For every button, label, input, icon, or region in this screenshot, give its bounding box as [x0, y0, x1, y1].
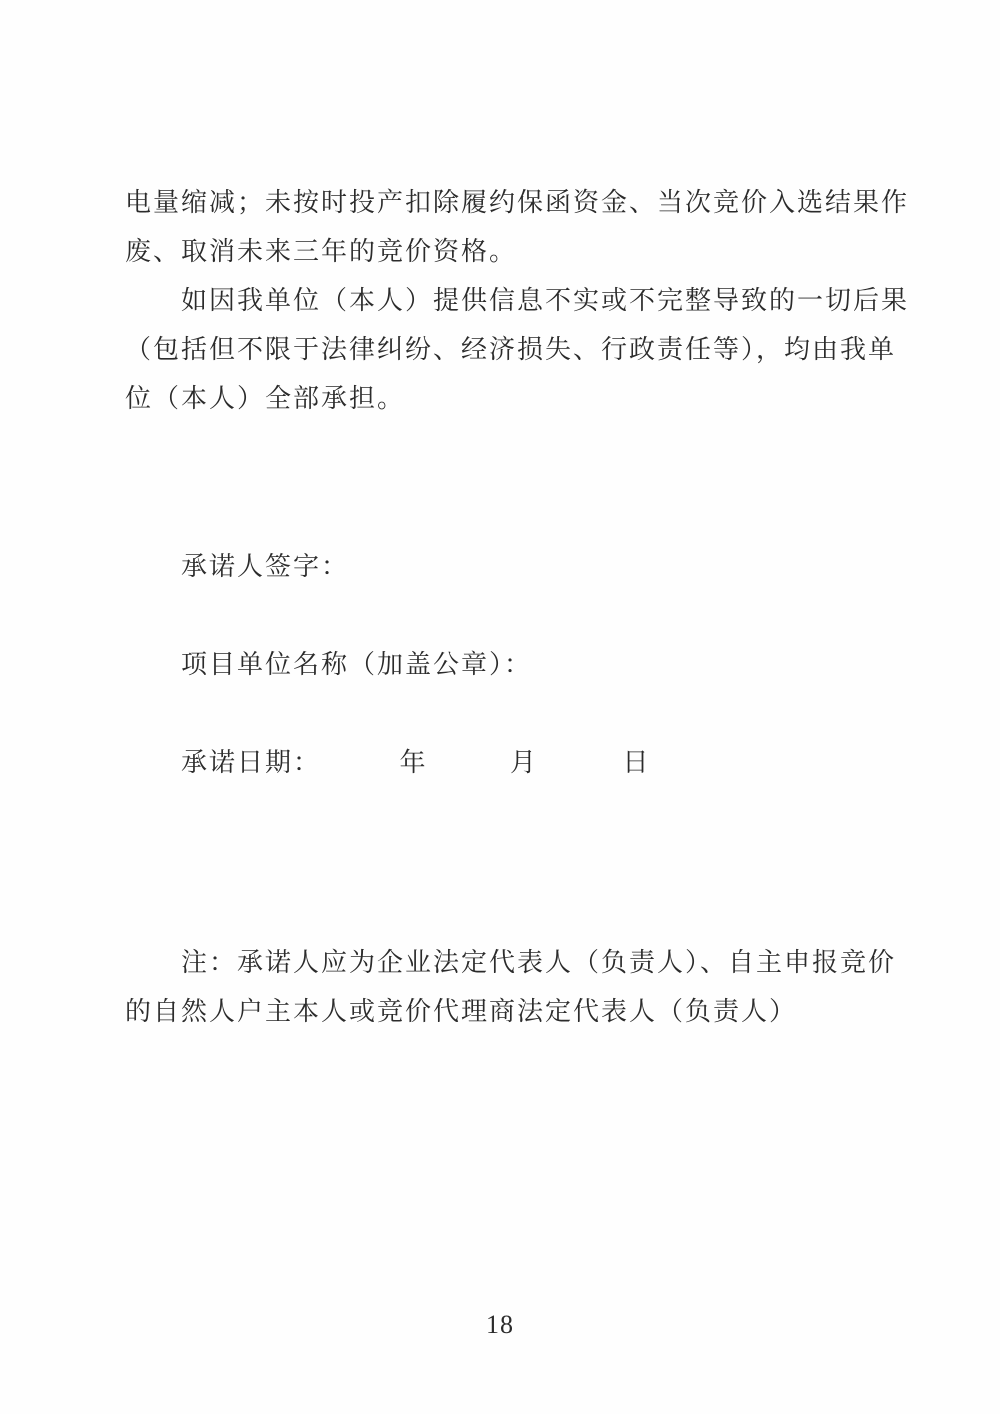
body-line: （包括但不限于法律纠纷、经济损失、行政责任等），均由我单	[125, 325, 895, 374]
body-line: 废、取消未来三年的竞价资格。	[125, 227, 895, 276]
body-paragraphs: 电量缩减；未按时投产扣除履约保函资金、当次竞价入选结果作 废、取消未来三年的竞价…	[125, 178, 895, 423]
page-number: 18	[0, 1303, 1000, 1347]
note-line: 注：承诺人应为企业法定代表人（负责人）、自主申报竞价	[125, 938, 915, 987]
body-line: 电量缩减；未按时投产扣除履约保函资金、当次竞价入选结果作	[125, 178, 895, 227]
commitment-date-line: 承诺日期： 年 月 日	[181, 738, 651, 787]
date-year-label: 年	[400, 738, 428, 787]
document-page: 电量缩减；未按时投产扣除履约保函资金、当次竞价入选结果作 废、取消未来三年的竞价…	[0, 0, 1000, 1414]
commitment-date-label: 承诺日期：	[181, 748, 321, 777]
project-unit-name-label: 项目单位名称（加盖公章）：	[181, 640, 532, 689]
note-block: 注：承诺人应为企业法定代表人（负责人）、自主申报竞价 的自然人户主本人或竞价代理…	[125, 938, 915, 1036]
body-line: 如因我单位（本人）提供信息不实或不完整导致的一切后果	[125, 276, 895, 325]
date-month-label: 月	[510, 738, 538, 787]
body-line: 位（本人）全部承担。	[125, 374, 895, 423]
note-line: 的自然人户主本人或竞价代理商法定代表人（负责人）	[125, 987, 915, 1036]
date-day-label: 日	[623, 738, 651, 787]
signer-signature-label: 承诺人签字：	[181, 542, 349, 591]
